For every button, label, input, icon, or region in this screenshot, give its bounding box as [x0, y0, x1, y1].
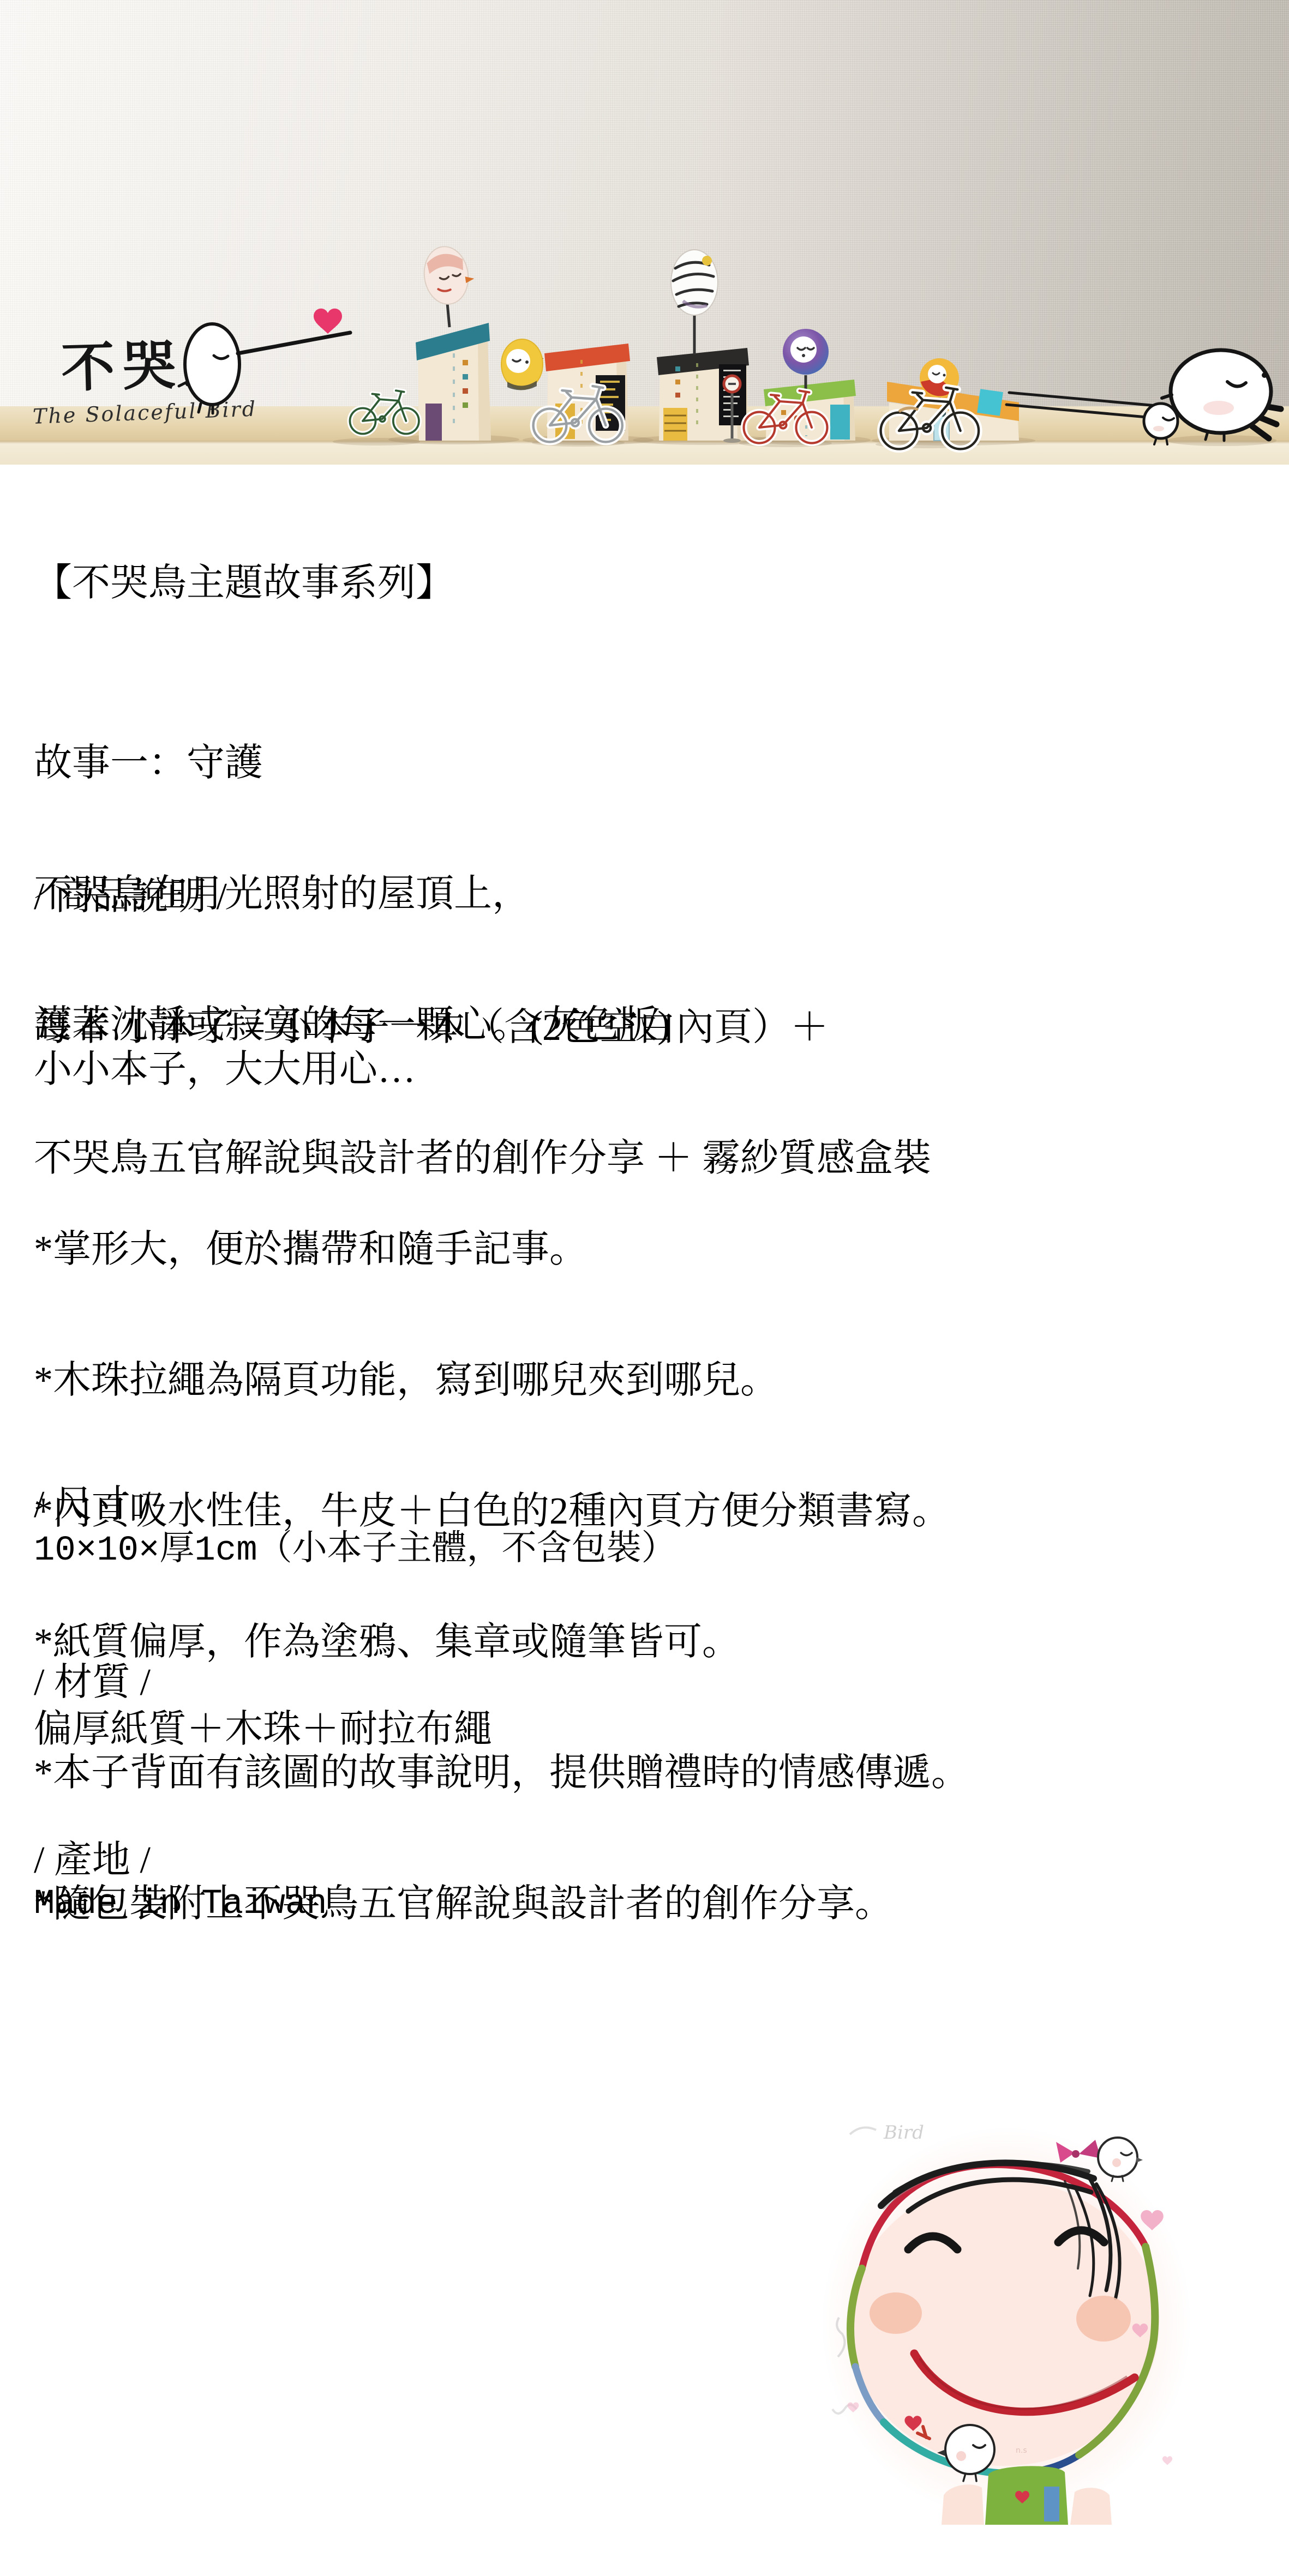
tiny-mark: n.s	[1016, 2446, 1027, 2455]
ball-bird-purple	[783, 329, 829, 375]
egg-bird-girl	[421, 243, 477, 307]
cheek-blush	[870, 2292, 922, 2334]
logo-bird-icon	[179, 324, 350, 413]
brand-banner-photo: 不哭鳥 The Solaceful Bird	[0, 0, 1289, 465]
wood-house-1	[416, 323, 491, 441]
feature-item: *內頁吸水性佳，牛皮＋白色的2種內頁方便分類書寫。	[34, 1490, 969, 1533]
egg-bird-yellow	[501, 339, 543, 390]
heart-icon	[314, 309, 342, 334]
size-value: 10×10×厚1cm（小本子主體，不含包裝）	[34, 1529, 676, 1573]
banner-scene: 不哭鳥 The Solaceful Bird	[0, 0, 1289, 465]
product-description-page: 不哭鳥 The Solaceful Bird 【不哭鳥主題故事系列】 故事一：守…	[0, 0, 1289, 2576]
brand-logo: 不哭鳥 The Solaceful Bird	[32, 309, 350, 429]
faint-script-text: Bird	[883, 2122, 924, 2144]
heart-icon	[1162, 2456, 1172, 2465]
arm	[1070, 2488, 1112, 2525]
section-heading-size: / 尺寸 /	[34, 1483, 151, 1527]
feature-item: *紙質偏厚，作為塗鴉、集章或隨筆皆可。	[34, 1621, 969, 1664]
tagline: 小小本子，大大用心…	[34, 1048, 416, 1092]
story-title: 故事一：守護	[34, 742, 670, 785]
feature-item: *掌形大，便於攜帶和隨手記事。	[34, 1228, 969, 1272]
bicycle-green	[350, 390, 418, 434]
origin-value: Made in Taiwan	[34, 1882, 327, 1926]
big-bird-figurine	[1162, 350, 1281, 441]
section-heading-description: / 商品說明 /	[34, 875, 227, 919]
feature-item: *本子背面有該圖的故事說明，提供贈禮時的情感傳遞。	[34, 1752, 969, 1795]
section-heading-material: / 材質 /	[34, 1661, 151, 1705]
description-line: 每本 小本子 = 小本子一本（含2色空白內頁）＋	[34, 1006, 931, 1050]
material-value: 偏厚紙質＋木珠＋耐拉布繩	[34, 1708, 492, 1752]
cheek-blush	[1076, 2296, 1131, 2342]
smiling-girl-illustration: Bird	[818, 2110, 1200, 2536]
feature-item: *木珠拉繩為隔頁功能，寫到哪兒夾到哪兒。	[34, 1359, 969, 1403]
bird-ornament-stick	[447, 303, 449, 327]
section-heading-origin: / 產地 /	[34, 1839, 151, 1882]
series-title: 【不哭鳥主題故事系列】	[34, 562, 454, 605]
wood-house-3	[657, 348, 749, 441]
shirt-stripe	[1044, 2487, 1059, 2521]
egg-bird-scribble	[671, 250, 718, 315]
